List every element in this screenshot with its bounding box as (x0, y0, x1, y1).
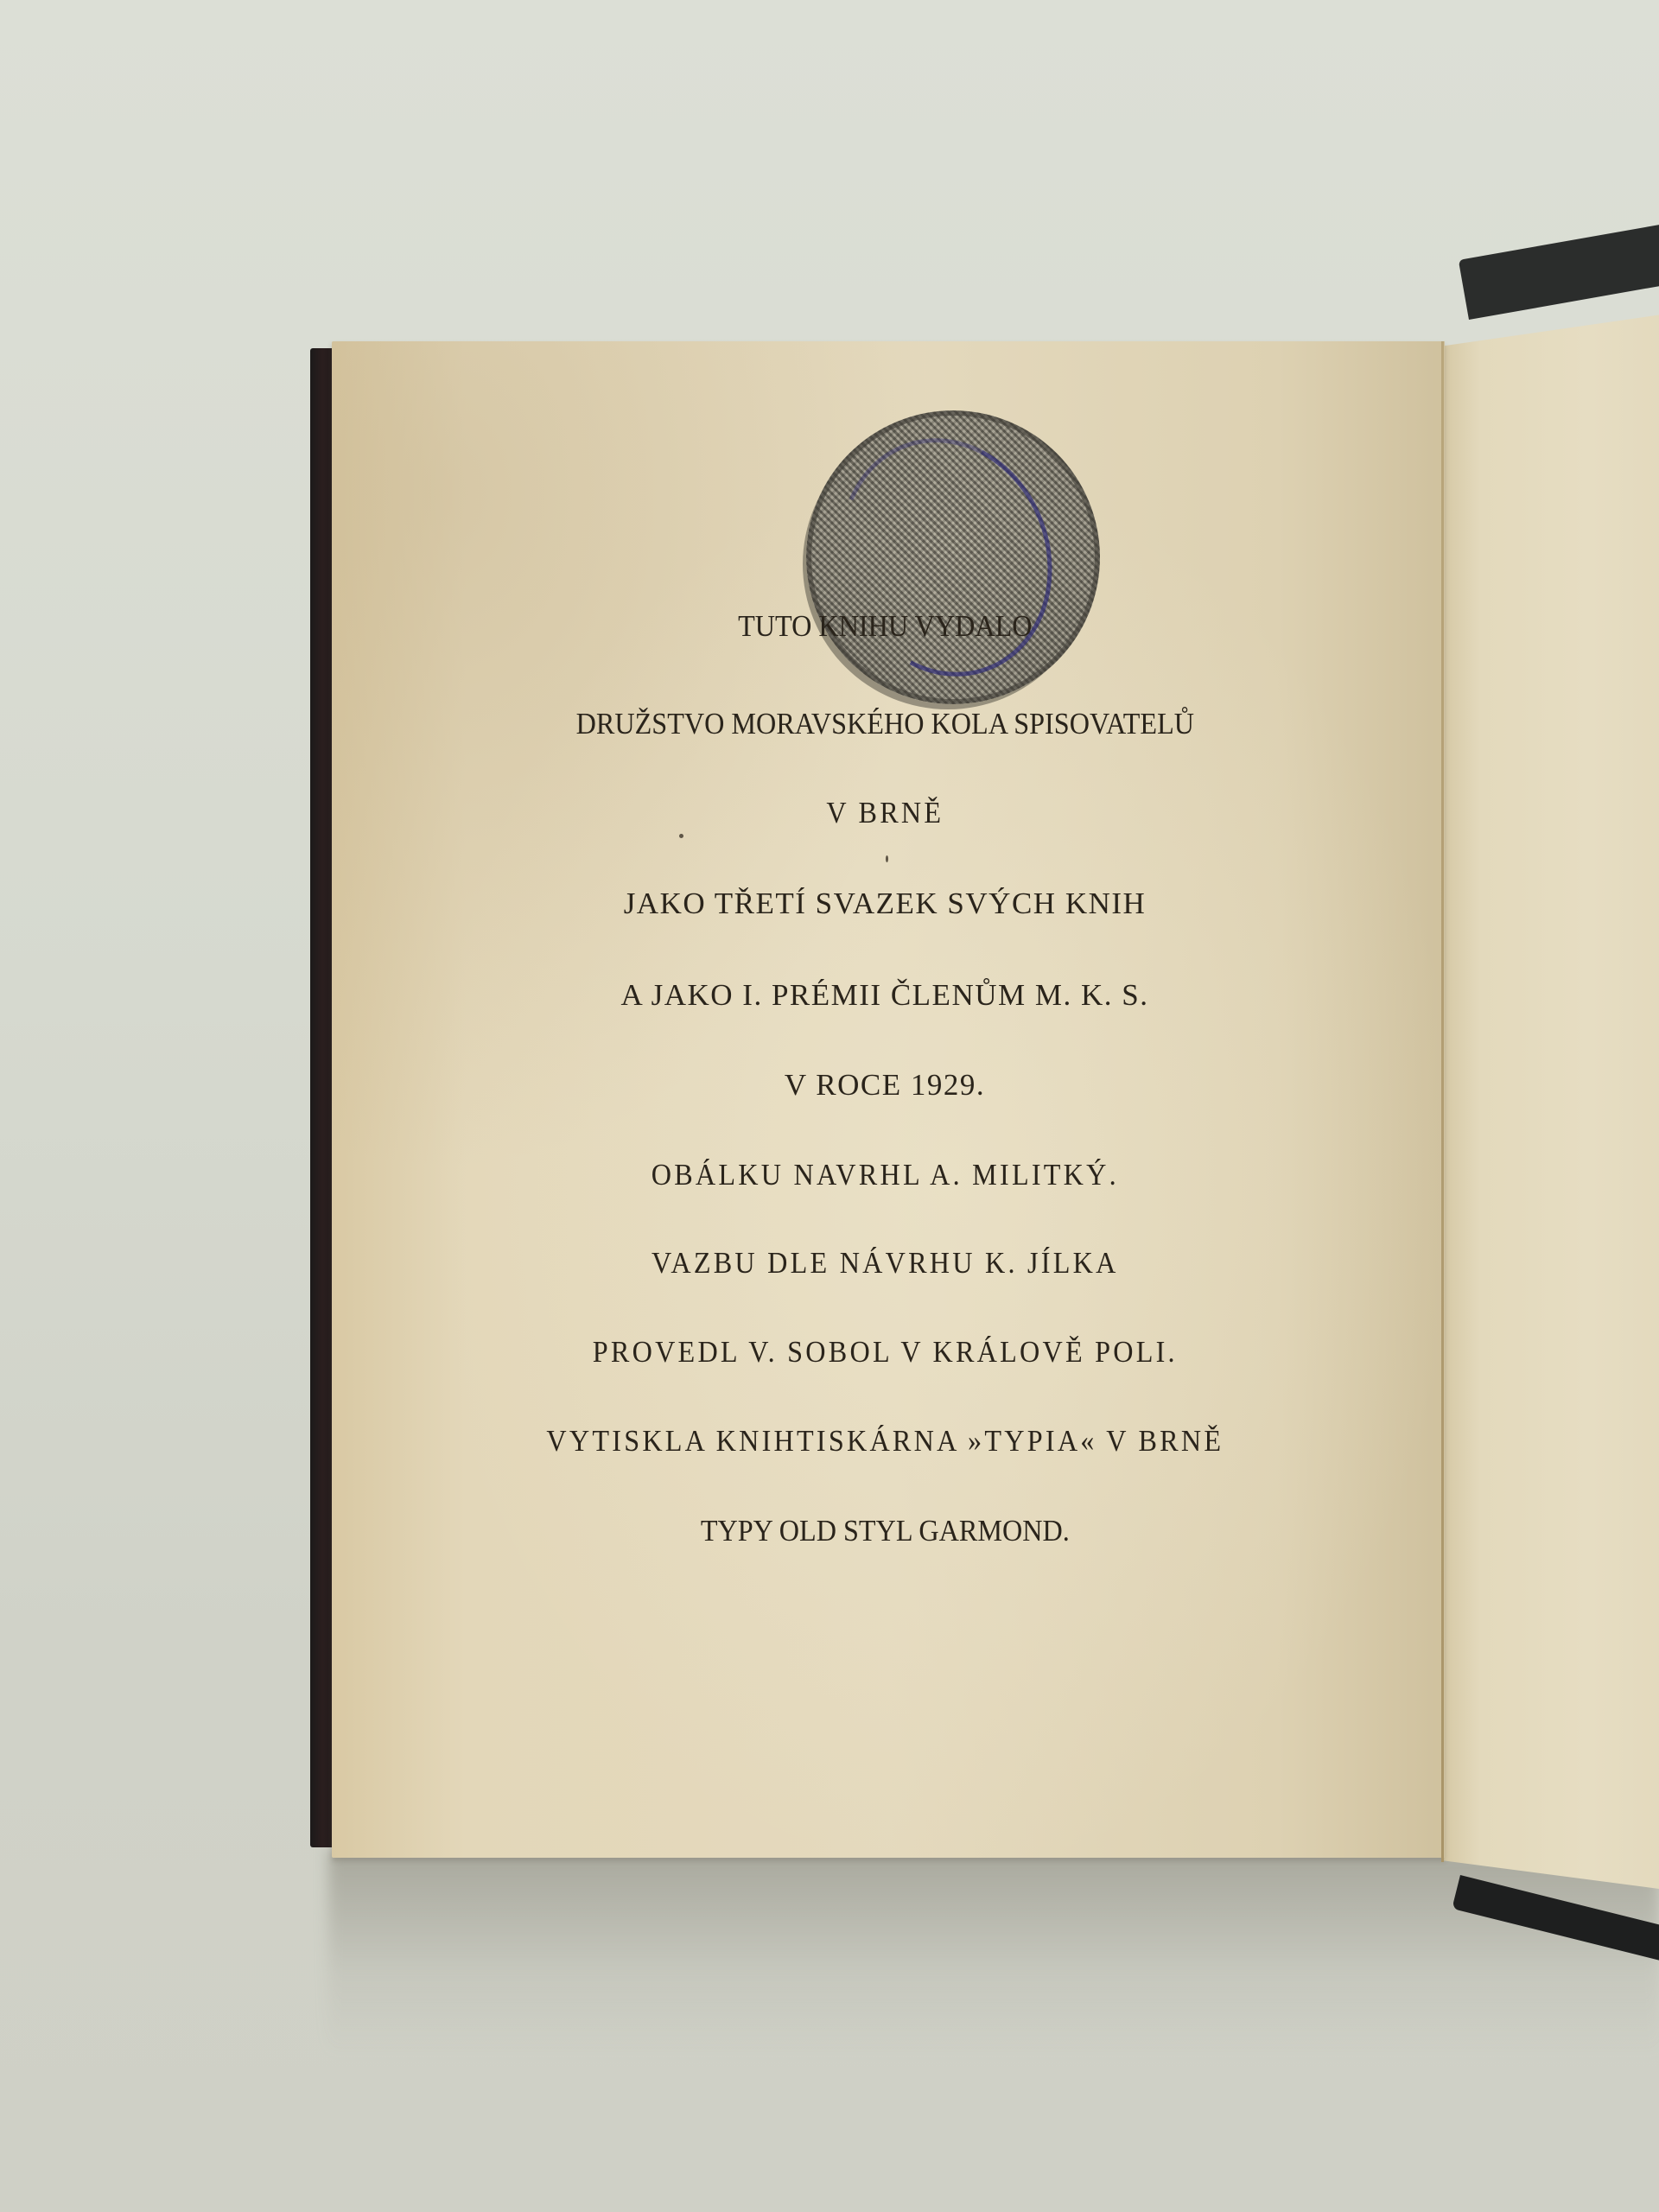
imprint-line-binding-design: VAZBU DLE NÁVRHU K. JÍLKA (373, 1246, 1397, 1281)
imprint-line-binder: PROVEDL V. SOBOL V KRÁLOVĚ POLI. (373, 1335, 1397, 1370)
imprint-line-publisher: DRUŽSTVO MORAVSKÉHO KOLA SPISOVATELŮ (373, 707, 1397, 741)
imprint-line-publisher-intro: TUTO KNIHU VYDALO (373, 609, 1397, 644)
imprint-line-cover-designer: OBÁLKU NAVRHL A. MILITKÝ. (373, 1158, 1397, 1192)
paper-speck (886, 855, 888, 862)
imprint-line-typeface: TYPY OLD STYL GARMOND. (373, 1514, 1397, 1548)
paper-speck (679, 834, 683, 838)
imprint-line-year: V ROCE 1929. (328, 1068, 1441, 1103)
imprint-line-city: V BRNĚ (373, 796, 1397, 830)
imprint-line-premium: A JAKO I. PRÉMII ČLENŮM M. K. S. (328, 978, 1441, 1013)
right-cover-top-edge (1459, 221, 1659, 320)
right-page (1444, 311, 1659, 1892)
imprint-line-volume: JAKO TŘETÍ SVAZEK SVÝCH KNIH (328, 887, 1441, 921)
book-gutter (1441, 341, 1444, 1862)
imprint-line-printer: VYTISKLA KNIHTISKÁRNA »TYPIA« V BRNĚ (373, 1424, 1397, 1459)
